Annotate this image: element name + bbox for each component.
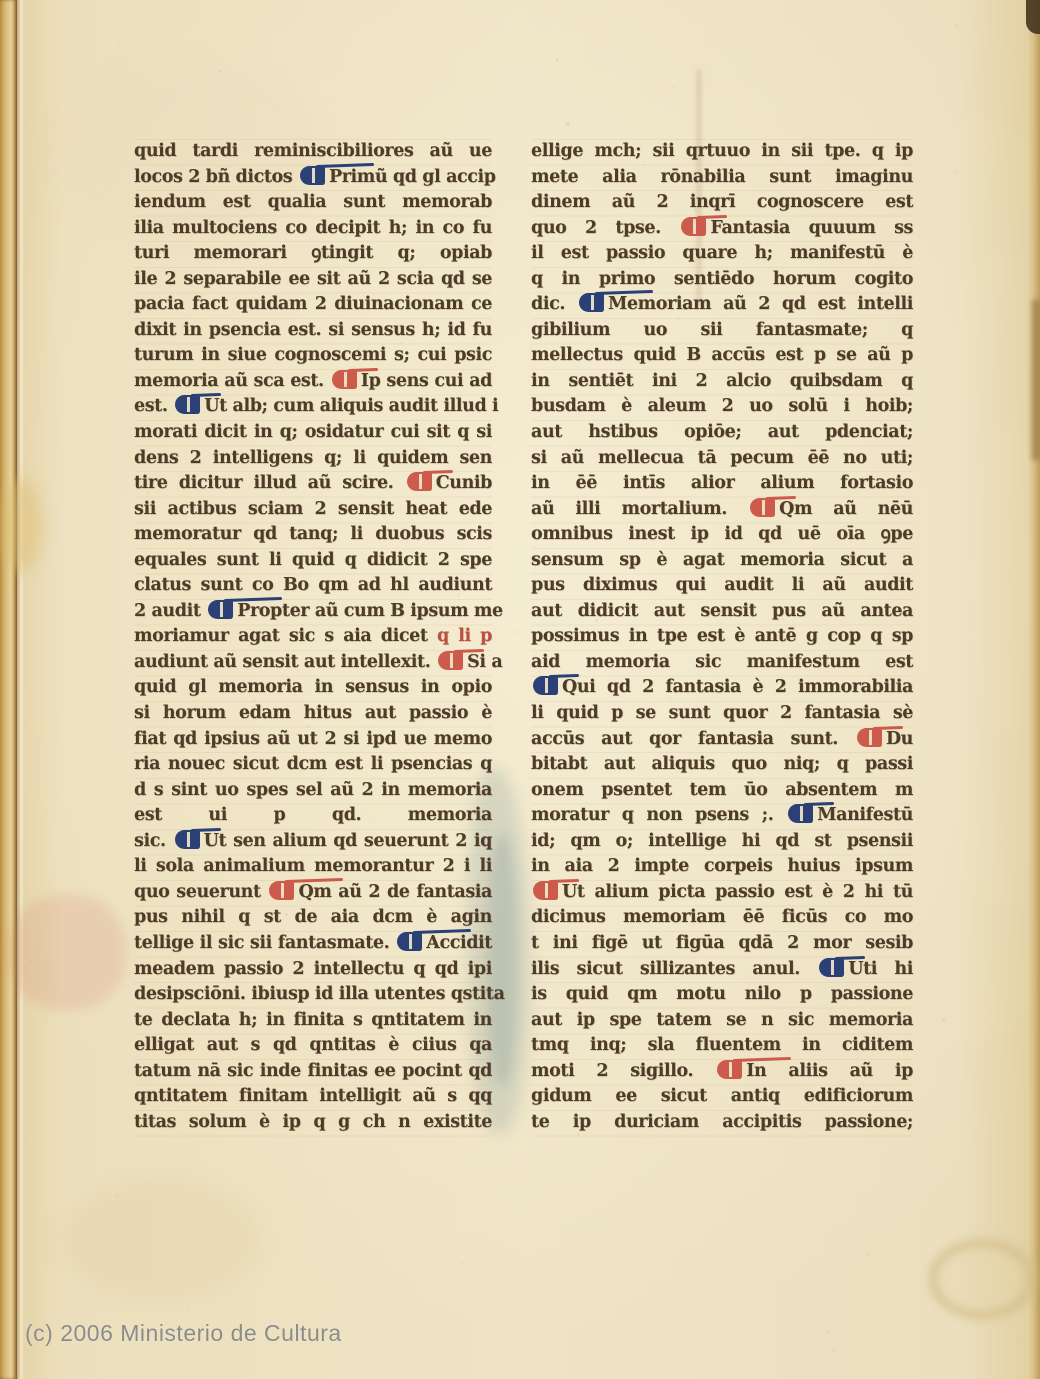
text-line: pus nihil q st de aia dcm è agin [134,905,492,931]
parchment-speck [952,38,954,40]
text-line: moratur q non psens ;. Manifestū [531,803,913,829]
paraph-red-icon [681,217,706,236]
parchment-speck [351,1357,353,1359]
parchment-speck [400,342,403,345]
text-segment: in ēē intīs alior alium fortasio [531,473,913,493]
text-segment: Cunib [436,473,492,493]
paraph-blue-icon [533,676,558,695]
text-line: tatum nā sic inde finitas ee pocint qd [134,1059,492,1085]
text-line: dinem aũ 2 inqrī cognoscere est [531,190,913,216]
parchment-speck [449,1084,451,1086]
text-line: quo seuerunt Qm aũ 2 de fantasia [134,880,492,906]
text-line: si horum edam hitus aut passio è [134,701,492,727]
text-line: est. Ut alb; cum aliquis audit illud i [134,394,492,420]
parchment-speck [357,347,359,349]
edge-shadow [1032,300,1040,460]
text-line: in sentiēt ini 2 alcio quibsdam q [531,369,913,395]
parchment-speck [116,1194,119,1197]
text-line: audiunt aũ sensit aut intellexit. Si a [134,650,492,676]
text-line: omnibus inest ip id qd uē oīa ꝯpe [531,522,913,548]
text-line: ria nouec sicut dcm est li psencias q [134,752,492,778]
paraph-red-icon [407,472,432,491]
text-segment: aut ip spe tatem se n sic memoria [531,1010,913,1030]
paraph-blue-icon [397,932,422,951]
text-line: clatus sunt co Bo qm ad hl audiunt [134,573,492,599]
text-line: aut ip spe tatem se n sic memoria [531,1008,913,1034]
parchment-speck [716,1159,718,1161]
text-line: turum in siue cognoscemi s; cui psic [134,343,492,369]
text-segment: ilia multociens co decipit h; in co fu [134,218,492,238]
parchment-speck [832,537,833,538]
text-line: fiat qd ipsius aũ ut 2 si ipd ue memo [134,727,492,753]
text-segment: quid gl memoria in sensus in opio [134,677,492,697]
text-line: est ui p qd. memoria [134,803,492,829]
text-segment: quid tardi reminiscibiliores aũ ue [134,141,492,161]
paraph-red-icon [332,370,357,389]
text-segment: sii actibus sciam 2 sensit heat ede [134,499,492,519]
text-line: turi memorari ꝯtingit q; opiab [134,241,492,267]
text-segment: titas solum è ip q g ch n existite [134,1112,492,1132]
parchment-speck [907,34,909,36]
parchment-speck [1014,1254,1015,1255]
parchment-speck [864,1010,866,1012]
text-line: quid tardi reminiscibiliores aũ ue [134,139,492,165]
text-segment: Uti hi [848,959,913,979]
parchment-speck [462,1345,463,1346]
text-line: onem psentet tem ūo absentem m [531,778,913,804]
parchment-speck [147,491,150,494]
text-line: ilis sicut sillizantes anul. Uti hi [531,957,913,983]
text-segment: dixit in psencia est. si sensus h; id fu [134,320,492,340]
text-segment: iendum est qualia sunt memorab [134,192,492,212]
text-line: tmq inq; sla fluentem in ciditem [531,1033,913,1059]
text-segment: dinem aũ 2 inqrī cognoscere est [531,192,913,212]
text-column-right: ellige mch; sii qrtuuo in sii tpe. q ip … [531,139,913,1135]
text-segment: quo 2 tpse. [531,218,661,238]
text-line: aũ illi mortalium. Qm aũ nēū [531,497,913,523]
parchment-speck [1017,1337,1020,1340]
text-line: Qui qd 2 fantasia è 2 immorabilia [531,675,913,701]
text-line: moti 2 sigillo. In aliis aũ ip [531,1059,913,1085]
parchment-speck [124,1348,126,1350]
text-line: ellige mch; sii qrtuuo in sii tpe. q ip [531,139,913,165]
text-line: 2 audit Propter aũ cum B ipsum me [134,599,492,625]
text-segment: clatus sunt co Bo qm ad hl audiunt [134,575,492,595]
text-segment: Accidit [426,933,492,953]
text-segment: possimus in tpe est è antē g cop q sp [531,626,913,646]
text-segment: turi memorari ꝯtingit q; opiab [134,243,492,263]
text-line: moriamur agat sic s aia dicet q li p [134,624,492,650]
text-line: memoratur qd tanq; li duobus scis [134,522,492,548]
text-segment: memoratur qd tanq; li duobus scis [134,524,492,544]
parchment-speck [307,725,310,728]
text-segment: d s sint uo spes sel aũ 2 in memoria [134,780,492,800]
text-line: gidum ee sicut antiq edificiorum [531,1084,913,1110]
parchment-speck [188,1310,190,1312]
text-line: sensum sp è agat memoria sicut a [531,548,913,574]
paraph-blue-icon [819,958,844,977]
parchment-speck [145,732,147,734]
text-segment: ellige mch; sii qrtuuo in sii tpe. q ip [531,141,913,161]
parchment-speck [358,1021,360,1023]
text-line: iendum est qualia sunt memorab [134,190,492,216]
paraph-red-icon [438,651,463,670]
text-segment: Manifestū [817,805,913,825]
text-line: busdam è aleum 2 uo solū i hoib; [531,394,913,420]
text-segment: moti 2 sigillo. [531,1061,693,1081]
text-line: meadem passio 2 intellectu q qd ipi [134,957,492,983]
text-segment: Memoriam aũ 2 qd est intelli [608,294,913,314]
text-line: si aũ mellecua tā pecum ēē no uti; [531,446,913,472]
text-segment: In aliis aũ ip [746,1061,913,1081]
text-segment: busdam è aleum 2 uo solū i hoib; [531,396,913,416]
parchment-speck [407,52,408,53]
parchment-speck [538,670,540,672]
parchment-speck [327,97,329,99]
parchment-speck [431,334,433,336]
text-segment: quo seuerunt [134,882,261,902]
text-column-left: quid tardi reminiscibiliores aũ ue locos… [134,139,492,1135]
text-segment: equales sunt li quid q didicit 2 spe [134,550,492,570]
text-line: qntitatem finitam intelligit aũ s qq [134,1084,492,1110]
text-line: sii actibus sciam 2 sensit heat ede [134,497,492,523]
parchment-speck [643,164,645,166]
text-segment: morati dicit in q; osidatur cui sit q si [134,422,492,442]
text-segment: Ut alb; cum aliquis audit illud i [204,396,498,416]
text-segment: tatum nā sic inde finitas ee pocint qd [134,1061,492,1081]
text-segment: aũ illi mortalium. [531,499,727,519]
text-line: dens 2 intelligens q; li quidem sen [134,446,492,472]
parchment-speck [545,1008,546,1009]
parchment-speck [253,699,256,702]
paraph-blue-icon [579,293,604,312]
text-segment: est. [134,396,168,416]
parchment-speck [722,256,724,258]
text-segment: accūs aut qor fantasia sunt. [531,729,838,749]
text-segment: dens 2 intelligens q; li quidem sen [134,448,492,468]
parchment-speck [566,122,569,125]
text-line: aut hstibus opiōe; aut pdenciat; [531,420,913,446]
page-right-edge [1028,0,1040,1379]
copyright-watermark: (c) 2006 Ministerio de Cultura [25,1320,342,1347]
paraph-blue-icon [300,166,325,185]
text-segment: Ip sens cui ad [361,371,492,391]
parchment-speck [577,1133,580,1136]
text-line: dixit in psencia est. si sensus h; id fu [134,318,492,344]
text-segment: si aũ mellecua tā pecum ēē no uti; [531,448,913,468]
text-line: pus diximus qui audit li aũ audit [531,573,913,599]
text-segment: pus diximus qui audit li aũ audit [531,575,913,595]
parchment-speck [30,481,32,483]
text-segment: mellectus quid B accūs est p se aũ p [531,345,913,365]
text-segment: is quid qm motu nilo p passione [531,984,913,1004]
parchment-speck [69,630,71,632]
parchment-speck [151,1182,153,1184]
parchment-speck [789,854,791,856]
text-segment: 2 audit [134,601,201,621]
text-segment: moratur q non psens ;. [531,805,773,825]
text-line: te ip duriciam accipitis passione; [531,1110,913,1136]
text-segment: pacia fact quidam 2 diuinacionam ce [134,294,492,314]
parchment-speck [832,1349,835,1352]
text-segment: moriamur agat sic s aia dicet [134,626,437,646]
text-line: aut didicit aut sensit pus aũ antea [531,599,913,625]
text-segment: Qui qd 2 fantasia è 2 immorabilia [562,677,913,697]
parchment-speck [73,724,75,726]
text-segment: mete alia rōnabilia sunt imaginu [531,167,913,187]
text-line: dicimus memoriam ēē ficūs co mo [531,905,913,931]
text-segment: te declata h; in finita s qntitatem in [134,1010,492,1030]
text-segment: Ut sen alium qd seuerunt 2 iq [204,831,492,851]
text-line: q in primo sentiēdo horum cogito [531,267,913,293]
text-line: t ini figē ut figūa qdā 2 mor sesib [531,931,913,957]
text-segment: in aia 2 impte corpeis huius ipsum [531,856,913,876]
parchment-speck [673,86,675,88]
text-line: quid gl memoria in sensus in opio [134,675,492,701]
ink-offset-stain [8,895,126,1010]
text-segment: te ip duriciam accipitis passione; [531,1112,913,1132]
text-segment: ria nouec sicut dcm est li psencias q [134,754,492,774]
text-segment: fiat qd ipsius aũ ut 2 si ipd ue memo [134,729,492,749]
paraph-blue-icon [788,804,813,823]
text-segment: est ui p qd. memoria [134,805,492,825]
text-line: in ēē intīs alior alium fortasio [531,471,913,497]
gutter-crease [17,0,24,1379]
parchment-speck [866,1253,869,1256]
parchment-speck [461,1262,463,1264]
parchment-speck [811,526,812,527]
parchment-speck [568,555,570,557]
text-segment: q li p [437,626,492,646]
text-line: titas solum è ip q g ch n existite [134,1110,492,1136]
text-segment: ilis sicut sillizantes anul. [531,959,800,979]
text-segment: Ut alium picta passio est è 2 hi tū [562,882,913,902]
circular-stain [928,1238,1036,1320]
parchment-speck [904,1319,906,1321]
parchment-stain [60,1180,260,1300]
parchment-speck [513,630,516,633]
text-segment: li quid p se sunt quor 2 fantasia sè [531,703,913,723]
text-segment: Fantasia quuum ss [710,218,913,238]
text-line: elligat aut s qd qntitas è ciius qa [134,1033,492,1059]
parchment-speck [553,173,556,176]
text-segment: Propter aũ cum B ipsum me [237,601,503,621]
text-line: id; qm o; intellige hi qd st psensii [531,829,913,855]
text-segment: id; qm o; intellige hi qd st psensii [531,831,913,851]
text-line: accūs aut qor fantasia sunt. Du [531,727,913,753]
text-segment: dicimus memoriam ēē ficūs co mo [531,907,913,927]
text-segment: tire dicitur illud aũ scire. [134,473,393,493]
parchment-speck [287,482,289,484]
parchment-speck [694,208,697,211]
text-line: in aia 2 impte corpeis huius ipsum [531,854,913,880]
text-segment: audiunt aũ sensit aut intellexit. [134,652,430,672]
parchment-speck [519,503,521,505]
text-segment: Qm aũ 2 de fantasia [298,882,492,902]
text-line: li quid p se sunt quor 2 fantasia sè [531,701,913,727]
text-segment: in sentiēt ini 2 alcio quibsdam q [531,371,913,391]
text-segment: meadem passio 2 intellectu q qd ipi [134,959,492,979]
text-line: tellige il sic sii fantasmate. Accidit [134,931,492,957]
text-segment: sic. [134,831,166,851]
text-segment: tmq inq; sla fluentem in ciditem [531,1035,913,1055]
parchment-speck [695,1223,698,1226]
text-line: te declata h; in finita s qntitatem in [134,1008,492,1034]
parchment-speck [117,41,120,44]
paraph-blue-icon [208,600,233,619]
text-line: gibilium uo sii fantasmate; q [531,318,913,344]
manuscript-page: quid tardi reminiscibiliores aũ ue locos… [0,0,1040,1379]
parchment-speck [457,593,460,596]
paraph-red-icon [533,881,558,900]
text-line: ile 2 separabile ee sit aũ 2 scia qd se [134,267,492,293]
text-line: equales sunt li quid q didicit 2 spe [134,548,492,574]
text-segment: turum in siue cognoscemi s; cui psic [134,345,492,365]
text-line: memoria aũ sca est. Ip sens cui ad [134,369,492,395]
text-line: locos 2 bñ dictos Primũ qd gl accip [134,165,492,191]
text-segment: aid memoria sic manifestum est [531,652,913,672]
text-segment: pus nihil q st de aia dcm è agin [134,907,492,927]
text-line: tire dicitur illud aũ scire. Cunib [134,471,492,497]
text-line: li sola animalium memorantur 2 i li [134,854,492,880]
parchment-speck [956,24,959,27]
text-line: sic. Ut sen alium qd seuerunt 2 iq [134,829,492,855]
parchment-speck [942,1018,945,1021]
text-segment: gidum ee sicut antiq edificiorum [531,1086,913,1106]
text-segment: gibilium uo sii fantasmate; q [531,320,913,340]
parchment-speck [556,58,559,61]
paraph-red-icon [857,728,882,747]
text-segment: aut hstibus opiōe; aut pdenciat; [531,422,913,442]
text-segment: Primũ qd gl accip [329,167,496,187]
paraph-red-icon [717,1060,742,1079]
parchment-speck [495,78,496,79]
text-segment: locos 2 bñ dictos [134,167,292,187]
text-segment: elligat aut s qd qntitas è ciius qa [134,1035,492,1055]
parchment-speck [30,960,32,962]
text-segment: qntitatem finitam intelligit aũ s qq [134,1086,492,1106]
parchment-speck [216,907,219,910]
parchment-speck [788,1353,790,1355]
text-line: mete alia rōnabilia sunt imaginu [531,165,913,191]
text-line: Ut alium picta passio est è 2 hi tū [531,880,913,906]
text-line: possimus in tpe est è antē g cop q sp [531,624,913,650]
paraph-red-icon [750,498,775,517]
text-line: desipsciōni. ibiusp id illa utentes qsti… [134,982,492,1008]
text-segment: memoria aũ sca est. [134,371,324,391]
text-segment: il est passio quare h; manifestū è [531,243,913,263]
parchment-speck [826,1330,829,1333]
text-segment: ile 2 separabile ee sit aũ 2 scia qd se [134,269,492,289]
parchment-speck [821,1111,823,1113]
book-gutter-edge [0,0,17,1379]
text-line: morati dicit in q; osidatur cui sit q si [134,420,492,446]
text-line: aid memoria sic manifestum est [531,650,913,676]
text-segment: onem psentet tem ūo absentem m [531,780,913,800]
parchment-speck [488,872,489,873]
text-line: is quid qm motu nilo p passione [531,982,913,1008]
text-line: d s sint uo spes sel aũ 2 in memoria [134,778,492,804]
text-line: dic. Memoriam aũ 2 qd est intelli [531,292,913,318]
parchment-speck [890,1251,891,1252]
text-segment: si horum edam hitus aut passio è [134,703,492,723]
text-segment: Du [886,729,913,749]
text-segment: dic. [531,294,565,314]
text-segment: Qm aũ nēū [779,499,913,519]
text-line: mellectus quid B accūs est p se aũ p [531,343,913,369]
text-segment: tellige il sic sii fantasmate. [134,933,389,953]
text-segment: bitabt aut aliquis quo niq; q passi [531,754,913,774]
parchment-speck [678,318,680,320]
text-segment: omnibus inest ip id qd uē oīa ꝯpe [531,524,913,544]
text-line: il est passio quare h; manifestū è [531,241,913,267]
parchment-speck [60,744,62,746]
paraph-red-icon [269,881,294,900]
text-segment: li sola animalium memorantur 2 i li [134,856,492,876]
text-segment: Si a [467,652,502,672]
text-segment: sensum sp è agat memoria sicut a [531,550,913,570]
parchment-speck [956,171,958,173]
text-segment: t ini figē ut figūa qdā 2 mor sesib [531,933,913,953]
text-segment: aut didicit aut sensit pus aũ antea [531,601,913,621]
paraph-blue-icon [175,395,200,414]
text-segment: q in primo sentiēdo horum cogito [531,269,913,289]
text-line: quo 2 tpse. Fantasia quuum ss [531,216,913,242]
text-line: pacia fact quidam 2 diuinacionam ce [134,292,492,318]
paraph-blue-icon [175,830,200,849]
dark-corner-patch [1026,0,1040,34]
text-line: ilia multociens co decipit h; in co fu [134,216,492,242]
parchment-speck [219,70,222,73]
parchment-speck [669,697,671,699]
text-line: bitabt aut aliquis quo niq; q passi [531,752,913,778]
